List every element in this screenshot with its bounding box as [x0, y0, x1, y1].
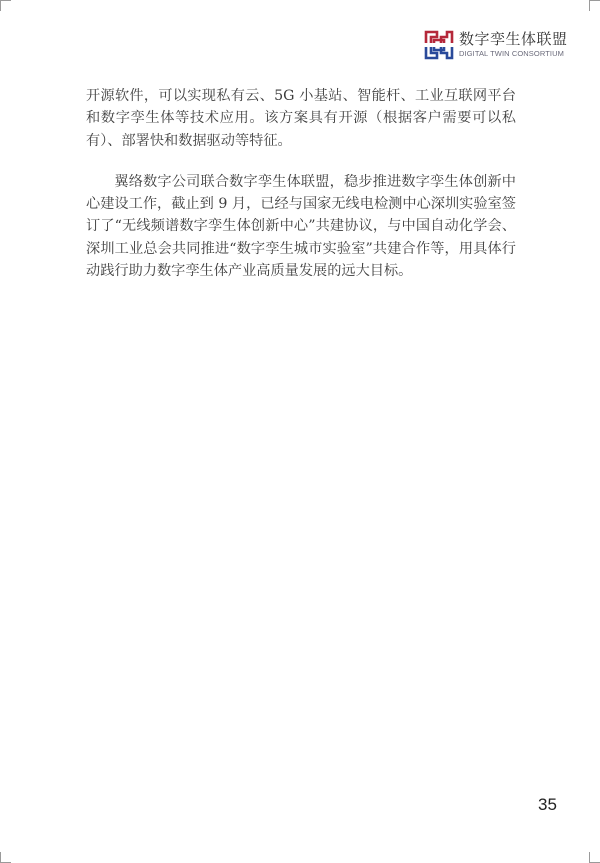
header-logo: 数字孪生体联盟 DIGITAL TWIN CONSORTIUM: [424, 30, 568, 60]
crop-mark-top-right-vertical: [589, 0, 590, 11]
crop-mark-top-left-horizontal: [0, 0, 11, 1]
logo-name-chinese: 数字孪生体联盟: [459, 31, 568, 48]
crop-mark-top-left-vertical: [0, 0, 1, 11]
crop-mark-bottom-right-vertical: [589, 852, 590, 863]
digital-twin-consortium-logo-icon: [424, 30, 454, 60]
paragraph-2: 翼络数字公司联合数字孪生体联盟，稳步推进数字孪生体创新中心建设工作，截止到 9 …: [86, 171, 516, 282]
page-number: 35: [538, 795, 557, 815]
logo-name-english: DIGITAL TWIN CONSORTIUM: [459, 49, 568, 59]
crop-mark-top-right-horizontal: [589, 0, 600, 1]
crop-mark-bottom-left-vertical: [0, 852, 1, 863]
page-body: 开源软件，可以实现私有云、5G 小基站、智能杆、工业互联网平台和数字孪生体等技术…: [86, 85, 516, 282]
paragraph-1: 开源软件，可以实现私有云、5G 小基站、智能杆、工业互联网平台和数字孪生体等技术…: [86, 85, 516, 152]
